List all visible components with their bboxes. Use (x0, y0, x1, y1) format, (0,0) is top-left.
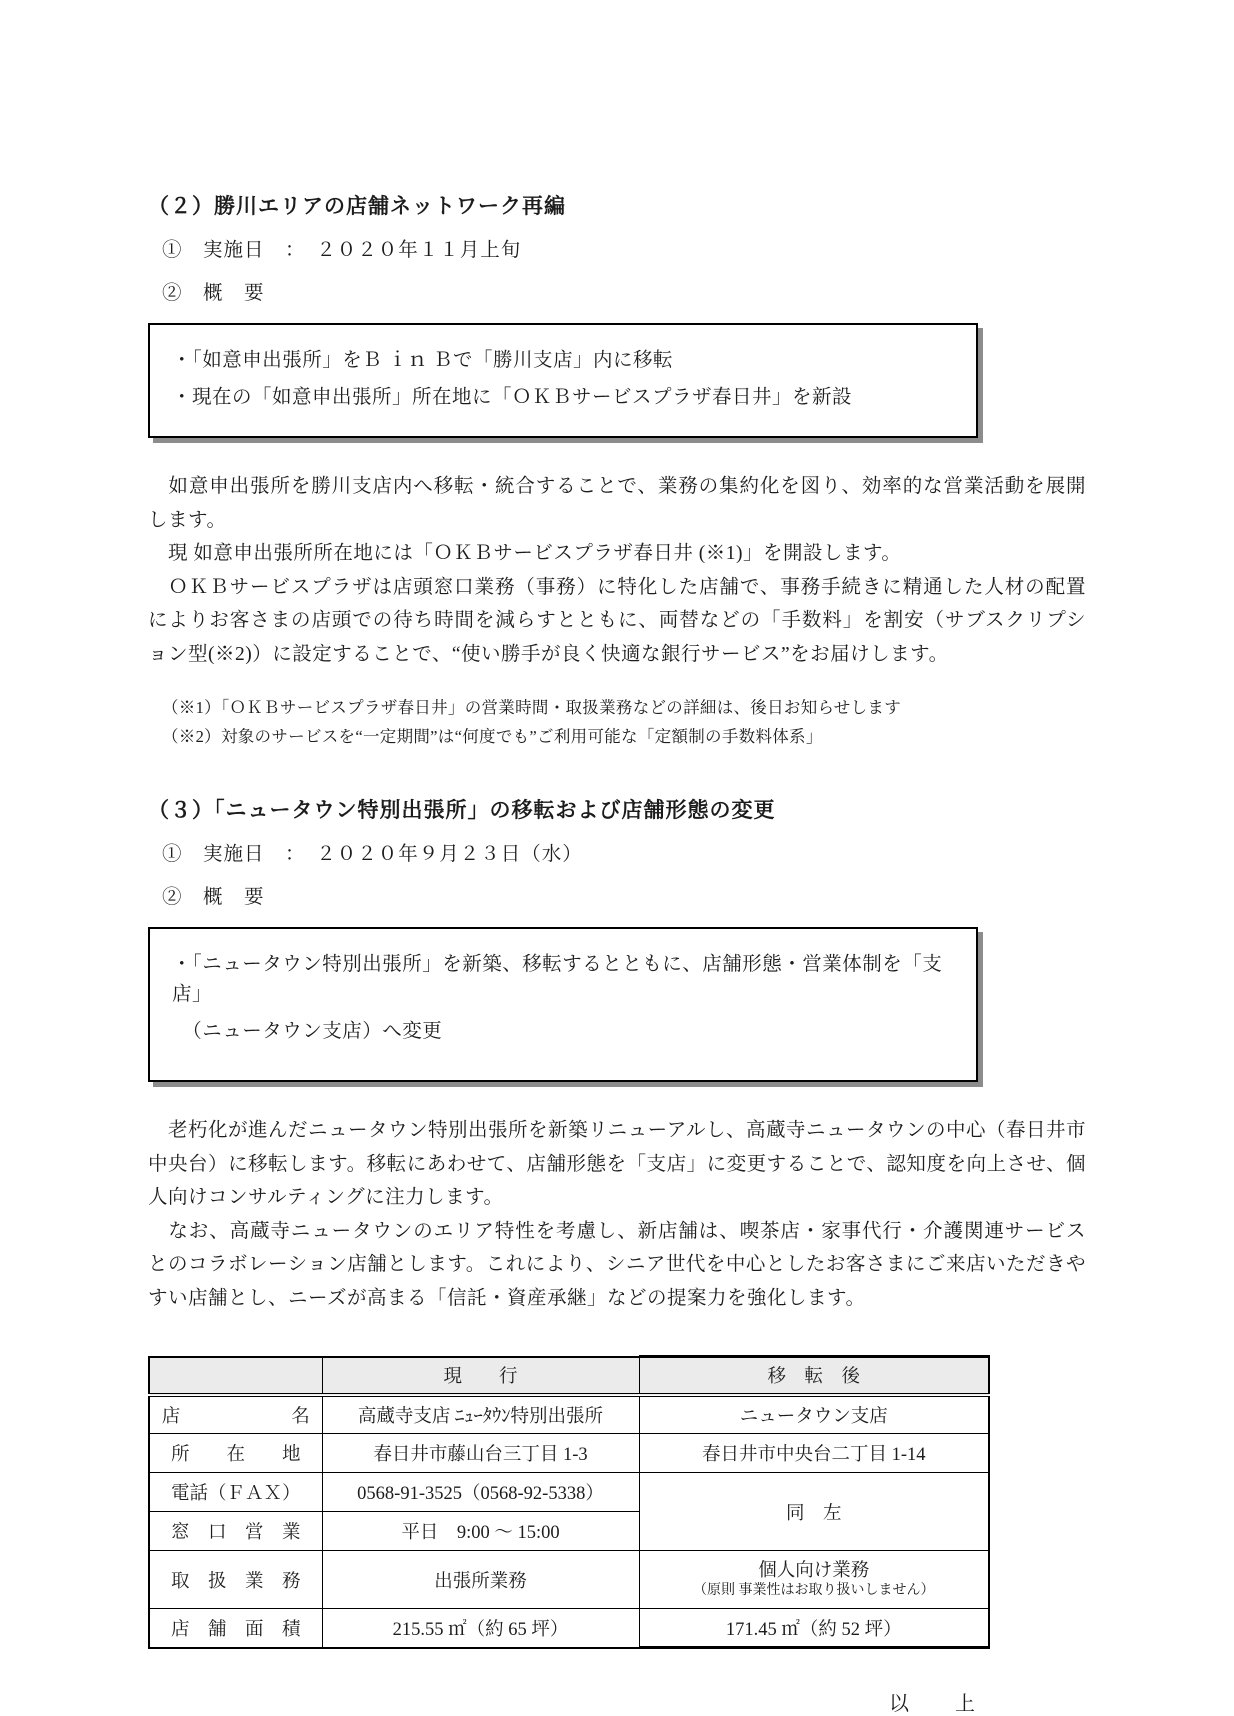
row-label-services: 取 扱 業 務 (149, 1551, 322, 1609)
section-newtown: （３）「ニュータウン特別出張所」の移転および店舗形態の変更 ① 実施日 ： ２０… (148, 797, 1089, 1315)
cell-current-branch-name: 高蔵寺支店 ﾆｭｰﾀｳﾝ特別出張所 (322, 1395, 639, 1434)
section3-summary-box: ・「ニュータウン特別出張所」を新築、移転するとともに、店舗形態・営業体制を「支店… (148, 927, 978, 1082)
after-services-main: 個人向け業務 (648, 1560, 981, 1582)
closing-ijou: 以 上 (148, 1687, 1089, 1716)
section3-heading: （３）「ニュータウン特別出張所」の移転および店舗形態の変更 (148, 797, 1089, 823)
header-after-relocation: 移 転 後 (639, 1357, 989, 1395)
section2-heading: （２）勝川エリアの店舗ネットワーク再編 (148, 193, 1089, 219)
cell-current-address: 春日井市藤山台三丁目 1-3 (322, 1434, 639, 1473)
summary-bullet: ・「如意申出張所」をＢ ｉｎ Ｂで「勝川支店」内に移転 (172, 346, 954, 376)
body-paragraph: ＯＫＢサービスプラザは店頭窓口業務（事務）に特化した店舗で、事務手続きに精通した… (148, 571, 1086, 672)
body-paragraph: 老朽化が進んだニュータウン特別出張所を新築リニューアルし、高蔵寺ニュータウンの中… (148, 1114, 1086, 1215)
cell-after-address: 春日井市中央台二丁目 1-14 (639, 1434, 989, 1473)
table-header-row: 現 行 移 転 後 (149, 1357, 989, 1395)
body-paragraph: なお、高蔵寺ニュータウンのエリア特性を考慮し、新店舗は、喫茶店・家事代行・介護関… (148, 1215, 1086, 1316)
row-label-phone-fax: 電話（ＦＡＸ） (149, 1473, 322, 1512)
section2-date-line: ① 実施日 ： ２０２０年１１月上旬 (148, 234, 1089, 262)
document-page: （２）勝川エリアの店舗ネットワーク再編 ① 実施日 ： ２０２０年１１月上旬 ②… (0, 0, 1234, 1711)
row-label-address: 所 在 地 (149, 1434, 322, 1473)
header-empty-cell (149, 1357, 322, 1395)
cell-current-phone-fax: 0568-91-3525（0568-92-5338） (322, 1473, 639, 1512)
row-label-counter-hours: 窓 口 営 業 (149, 1512, 322, 1551)
row-label-branch-name: 店 名 (149, 1395, 322, 1434)
table-row: 取 扱 業 務 出張所業務 個人向け業務 （原則 事業性はお取り扱いしません） (149, 1551, 989, 1609)
section-katsugawa: （２）勝川エリアの店舗ネットワーク再編 ① 実施日 ： ２０２０年１１月上旬 ②… (148, 193, 1089, 751)
summary-bullet: ・「ニュータウン特別出張所」を新築、移転するとともに、店舗形態・営業体制を「支店… (172, 950, 954, 1010)
body-paragraph: 現 如意申出張所所在地には「ＯＫＢサービスプラザ春日井 (※1)」を開設します。 (148, 537, 1086, 571)
cell-current-counter-hours: 平日 9:00 ～ 15:00 (322, 1512, 639, 1551)
section3-overview-label: ② 概 要 (148, 881, 1089, 909)
branch-comparison-table: 現 行 移 転 後 店 名 高蔵寺支店 ﾆｭｰﾀｳﾝ特別出張所 ニュータウン支店… (148, 1355, 990, 1649)
cell-after-branch-name: ニュータウン支店 (639, 1395, 989, 1434)
after-services-note: （原則 事業性はお取り扱いしません） (648, 1582, 981, 1599)
cell-current-floor-area: 215.55 ㎡（約 65 坪） (322, 1609, 639, 1648)
section2-overview-label: ② 概 要 (148, 277, 1089, 305)
body-paragraph: 如意申出張所を勝川支店内へ移転・統合することで、業務の集約化を図り、効率的な営業… (148, 470, 1086, 537)
footnote-1: （※1）「ＯＫＢサービスプラザ春日井」の営業時間・取扱業務などの詳細は、後日お知… (162, 693, 1089, 722)
table-row: 店 舗 面 積 215.55 ㎡（約 65 坪） 171.45 ㎡（約 52 坪… (149, 1609, 989, 1648)
cell-after-services: 個人向け業務 （原則 事業性はお取り扱いしません） (639, 1551, 989, 1609)
footnotes: （※1）「ＯＫＢサービスプラザ春日井」の営業時間・取扱業務などの詳細は、後日お知… (148, 693, 1089, 751)
summary-bullet: ・現在の「如意申出張所」所在地に「ＯＫＢサービスプラザ春日井」を新設 (172, 383, 954, 413)
summary-bullet-continuation: （ニュータウン支店）へ変更 (172, 1017, 954, 1047)
section3-date-line: ① 実施日 ： ２０２０年９月２３日（水） (148, 838, 1089, 866)
cell-after-same-as-left: 同 左 (639, 1473, 989, 1551)
table-row: 電話（ＦＡＸ） 0568-91-3525（0568-92-5338） 同 左 (149, 1473, 989, 1512)
table-row: 店 名 高蔵寺支店 ﾆｭｰﾀｳﾝ特別出張所 ニュータウン支店 (149, 1395, 989, 1434)
cell-after-floor-area: 171.45 ㎡（約 52 坪） (639, 1609, 989, 1648)
row-label-floor-area: 店 舗 面 積 (149, 1609, 322, 1648)
table-row: 所 在 地 春日井市藤山台三丁目 1-3 春日井市中央台二丁目 1-14 (149, 1434, 989, 1473)
section2-summary-box: ・「如意申出張所」をＢ ｉｎ Ｂで「勝川支店」内に移転 ・現在の「如意申出張所」… (148, 323, 978, 438)
footnote-2: （※2）対象のサービスを“一定期間”は“何度でも”ご利用可能な「定額制の手数料体… (162, 722, 1089, 751)
header-current: 現 行 (322, 1357, 639, 1395)
cell-current-services: 出張所業務 (322, 1551, 639, 1609)
